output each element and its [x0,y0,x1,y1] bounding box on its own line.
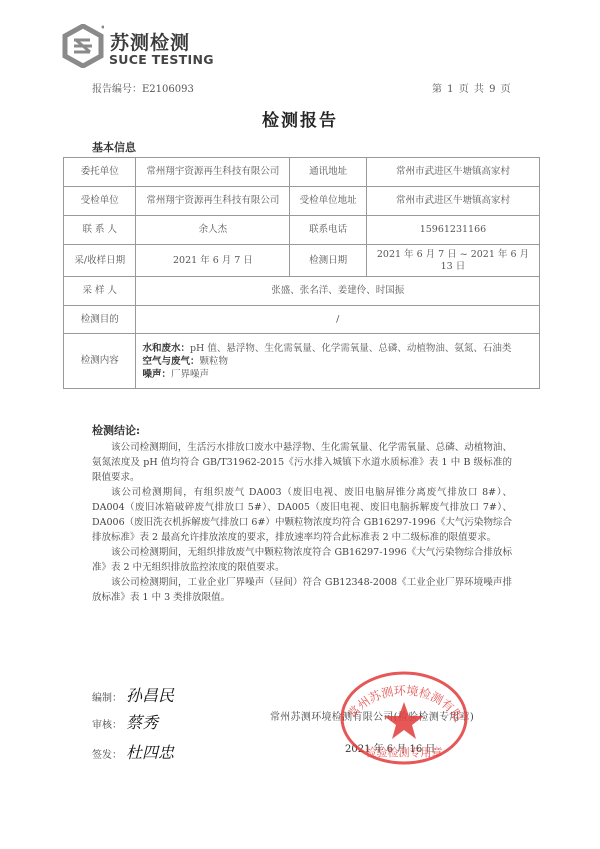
cell-label: 采/收样日期 [64,245,136,277]
official-seal-stamp: 常州苏测环境检测有限公司 检验检测专用章 [338,666,470,766]
cell-value: 常州市武进区牛塘镇高家村 [366,158,539,187]
logo-english-name: SUCE TESTING [109,52,214,67]
cell-value: 张盛、张名洋、姜建伶、时国振 [136,277,540,306]
issued-by: 签发：杜四忠 [92,740,174,763]
seal-stamp-icon: 常州苏测环境检测有限公司 检验检测专用章 [338,666,470,766]
conclusion-body: 该公司检测期间，生活污水排放口废水中悬浮物、生化需氧量、化学需氧量、总磷、动植物… [92,440,512,605]
cell-label: 委托单位 [64,158,136,187]
signature-reviewed: 蔡秀 [126,713,158,732]
table-row: 采/收样日期 2021 年 6 月 7 日 检测日期 2021 年 6 月 7 … [64,245,540,277]
table-row: 采 样 人 张盛、张名洋、姜建伶、时国振 [64,277,540,306]
signature-issued: 杜四忠 [126,743,174,762]
content-item: 水和废水：pH 值、悬浮物、生化需氧量、化学需氧量、总磷、动植物油、氨氮、石油类 [142,342,533,355]
page-title: 检测报告 [0,106,600,131]
logo-chinese-name: 苏测检测 [110,28,190,55]
table-row: 联 系 人 余人杰 联系电话 15961231166 [64,216,540,245]
section-title-basic-info: 基本信息 [92,139,136,155]
cell-value: / [136,306,540,334]
cell-value: 常州市武进区牛塘镇高家村 [366,187,539,216]
cell-label: 采 样 人 [64,277,136,306]
cell-label: 受检单位 [64,187,136,216]
svg-text:检验检测专用章: 检验检测专用章 [366,745,443,759]
cell-label: 通讯地址 [290,158,366,187]
company-logo: 苏测检测 SUCE TESTING [62,24,262,74]
signature-prepared: 孙昌民 [126,686,174,705]
cell-label: 受检单位地址 [290,187,366,216]
table-row: 委托单位 常州翔宇资源再生科技有限公司 通讯地址 常州市武进区牛塘镇高家村 [64,158,540,187]
cell-value: 常州翔宇资源再生科技有限公司 [136,158,290,187]
cell-value: 15961231166 [366,216,539,245]
conclusion-title: 检测结论: [92,422,140,438]
cell-value: 余人杰 [136,216,290,245]
cell-label: 检测日期 [290,245,366,277]
conclusion-paragraph: 该公司检测期间，工业企业厂界噪声（昼间）符合 GB12348-2008《工业企业… [92,575,512,605]
basic-info-table: 委托单位 常州翔宇资源再生科技有限公司 通讯地址 常州市武进区牛塘镇高家村 受检… [63,157,540,389]
table-row: 检测目的 / [64,306,540,334]
conclusion-paragraph: 该公司检测期间，无组织排放废气中颗粒物浓度符合 GB16297-1996《大气污… [92,545,512,575]
table-row: 检测内容 水和废水：pH 值、悬浮物、生化需氧量、化学需氧量、总磷、动植物油、氨… [64,334,540,389]
cell-label: 检测内容 [64,334,136,389]
cell-value: 2021 年 6 月 7 日 [136,245,290,277]
cell-value: 2021 年 6 月 7 日 ~ 2021 年 6 月 13 日 [366,245,539,277]
cell-content-list: 水和废水：pH 值、悬浮物、生化需氧量、化学需氧量、总磷、动植物油、氨氮、石油类… [136,334,540,389]
page-indicator: 第 1 页 共 9 页 [432,80,512,95]
cell-label: 检测目的 [64,306,136,334]
conclusion-paragraph: 该公司检测期间，生活污水排放口废水中悬浮物、生化需氧量、化学需氧量、总磷、动植物… [92,440,512,485]
report-number-label: 报告编号： [92,84,142,95]
report-number-value: E2106093 [142,84,194,95]
reviewed-by: 审核：蔡秀 [92,710,158,733]
cell-value: 常州翔宇资源再生科技有限公司 [136,187,290,216]
prepared-by: 编制：孙昌民 [92,683,174,706]
cell-label: 联 系 人 [64,216,136,245]
conclusion-paragraph: 该公司检测期间，有组织废气 DA003（废旧电视、废旧电脑屏锥分离废气排放口 8… [92,485,512,545]
report-number: 报告编号：E2106093 [92,80,194,95]
table-row: 受检单位 常州翔宇资源再生科技有限公司 受检单位地址 常州市武进区牛塘镇高家村 [64,187,540,216]
cell-label: 联系电话 [290,216,366,245]
content-item: 噪声：厂界噪声 [142,368,533,381]
content-item: 空气与废气：颗粒物 [142,355,533,368]
hexagon-logo-icon [62,24,104,68]
